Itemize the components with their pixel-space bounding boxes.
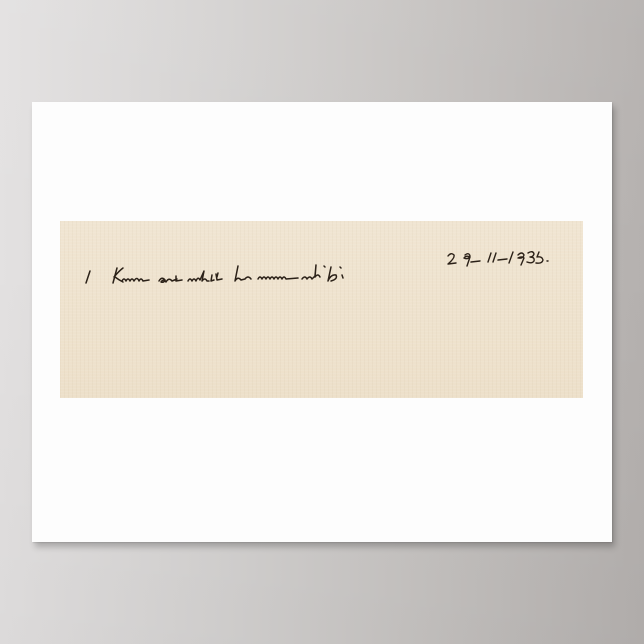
body-strokes <box>86 265 343 283</box>
date-strokes <box>448 252 548 266</box>
handwritten-note: 2 9— 11— 1935. I Know not what the morro… <box>60 221 583 398</box>
handwriting-strokes <box>60 221 583 398</box>
poster-print: 2 9— 11— 1935. I Know not what the morro… <box>32 102 612 542</box>
